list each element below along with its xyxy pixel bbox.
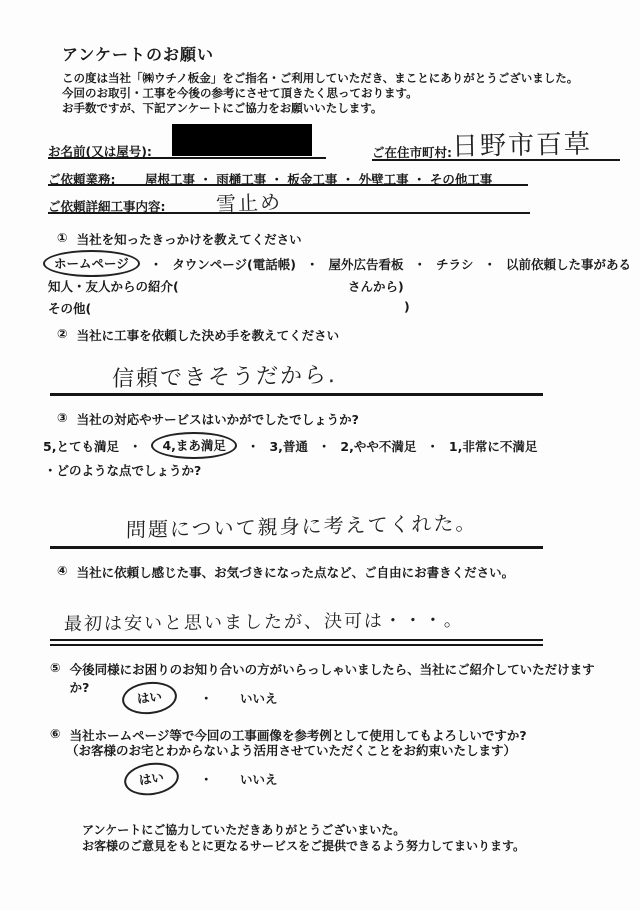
q2-number: ②: [57, 326, 68, 341]
q1-number: ①: [57, 230, 68, 245]
work-underline: [48, 184, 528, 186]
city-value-handwritten: 日野市百草: [452, 124, 593, 163]
q6-number: ⑥: [50, 726, 61, 741]
q3-option-1: 1,非常に不満足: [449, 437, 537, 455]
q3-question-row: ③ 当社の対応やサービスはいかがでしたでしょうか?: [57, 410, 359, 428]
q3-followup: ・どのような点でしょうか?: [44, 461, 201, 479]
q1-option-homepage-circled: ホームページ: [43, 250, 140, 277]
q1-options-row: ホームページ ・ タウンページ(電話帳) ・ 屋外広告看板 ・ チラシ ・ 以前…: [43, 250, 631, 277]
q1-option-previous: 以前依頼した事がある: [506, 255, 631, 273]
q1-option-flyer: チラシ: [436, 255, 474, 273]
q1-other-suffix: ): [404, 299, 410, 314]
q5-answer-no: いいえ: [240, 689, 278, 707]
detail-underline: [48, 212, 530, 214]
q3-question: 当社の対応やサービスはいかがでしたでしょうか?: [77, 410, 359, 428]
q5-separator: ・: [200, 689, 213, 707]
q1-question-row: ① 当社を知ったきっかけを教えてください: [57, 230, 302, 248]
q1-option-other-label: その他(: [48, 299, 91, 317]
q3-number: ③: [57, 410, 68, 425]
q3-answer-handwritten: 問題について親身に考えてくれた。: [126, 507, 478, 543]
q4-answer-underline-bottom: [50, 644, 543, 646]
q4-number: ④: [57, 563, 68, 578]
q3-option-3: 3,普通: [269, 437, 307, 455]
name-redaction-bar: [172, 124, 312, 156]
q3-separator: ・: [247, 437, 260, 455]
q3-option-5: 5,とても満足: [43, 437, 119, 455]
q6-question-line2: （お客様のお宅とわからないよう活用させていただくことをお約束いたします）: [66, 741, 516, 759]
footer-line-1: アンケートにご協力していただきありがとうございまいた。: [82, 823, 405, 837]
page-title: アンケートのお願い: [62, 42, 214, 65]
q6-separator: ・: [200, 770, 213, 788]
q1-separator: ・: [150, 255, 163, 273]
q6-answer-no: いいえ: [240, 770, 278, 788]
q5-number: ⑤: [50, 660, 61, 675]
intro-line-1: この度は当社「㈱ウチノ板金」をご指名・ご利用していただき、まことにありがとうござ…: [62, 71, 578, 85]
q3-separator: ・: [426, 437, 439, 455]
q1-option-referral-label: 知人・友人からの紹介(: [48, 277, 179, 295]
q2-question-row: ② 当社に工事を依頼した決め手を教えてください: [57, 326, 339, 344]
q3-options-row: 5,とても満足 ・ 4,まあ満足 ・ 3,普通 ・ 2,やや不満足 ・ 1,非常…: [43, 432, 537, 459]
q4-answer-underline-top: [50, 639, 543, 641]
q4-question-row: ④ 当社に依頼し感じた事、お気づきになった点など、ご自由にお書きください。: [57, 563, 514, 581]
name-underline: [48, 157, 326, 159]
q3-separator: ・: [129, 437, 142, 455]
q2-question: 当社に工事を依頼した決め手を教えてください: [77, 326, 340, 344]
q1-option-billboard: 屋外広告看板: [328, 255, 403, 273]
q6-answer-yes-circled: はい: [122, 759, 181, 798]
city-underline: [372, 159, 620, 161]
intro-line-2: 今回のお取引・工事を今後の参考にさせて頂きたく思っております。: [62, 86, 418, 100]
q1-referral-suffix: さんから): [348, 277, 404, 295]
intro-line-3: お手数ですが、下記アンケートにご協力をお願いいたします。: [62, 101, 382, 115]
scanned-survey-document: { "title": "アンケートのお願い", "intro": { "line…: [0, 0, 640, 911]
q3-option-2: 2,やや不満足: [340, 437, 416, 455]
q2-answer-handwritten: 信頼できそうだから.: [112, 358, 338, 393]
footer-text: アンケートにご協力していただきありがとうございまいた。 お客様のご意見をもとに更…: [82, 823, 525, 854]
q3-answer-underline: [50, 546, 543, 549]
q1-separator: ・: [306, 255, 319, 273]
q3-option-4-circled: 4,まあ満足: [151, 432, 236, 459]
q3-separator: ・: [318, 437, 331, 455]
q1-question: 当社を知ったきっかけを教えてください: [77, 230, 302, 248]
q4-question: 当社に依頼し感じた事、お気づきになった点など、ご自由にお書きください。: [77, 563, 515, 581]
footer-line-2: お客様のご意見をもとに更なるサービスをご提供できるよう努力してまいります。: [82, 839, 525, 853]
q1-separator: ・: [414, 255, 427, 273]
q4-answer-handwritten: 最初は安いと思いましたが、決可は・・・。: [64, 606, 465, 636]
q1-option-townpage: タウンページ(電話帳): [172, 255, 296, 273]
intro-paragraph: この度は当社「㈱ウチノ板金」をご指名・ご利用していただき、まことにありがとうござ…: [62, 71, 602, 116]
q1-separator: ・: [484, 255, 497, 273]
q2-answer-underline: [50, 393, 543, 396]
